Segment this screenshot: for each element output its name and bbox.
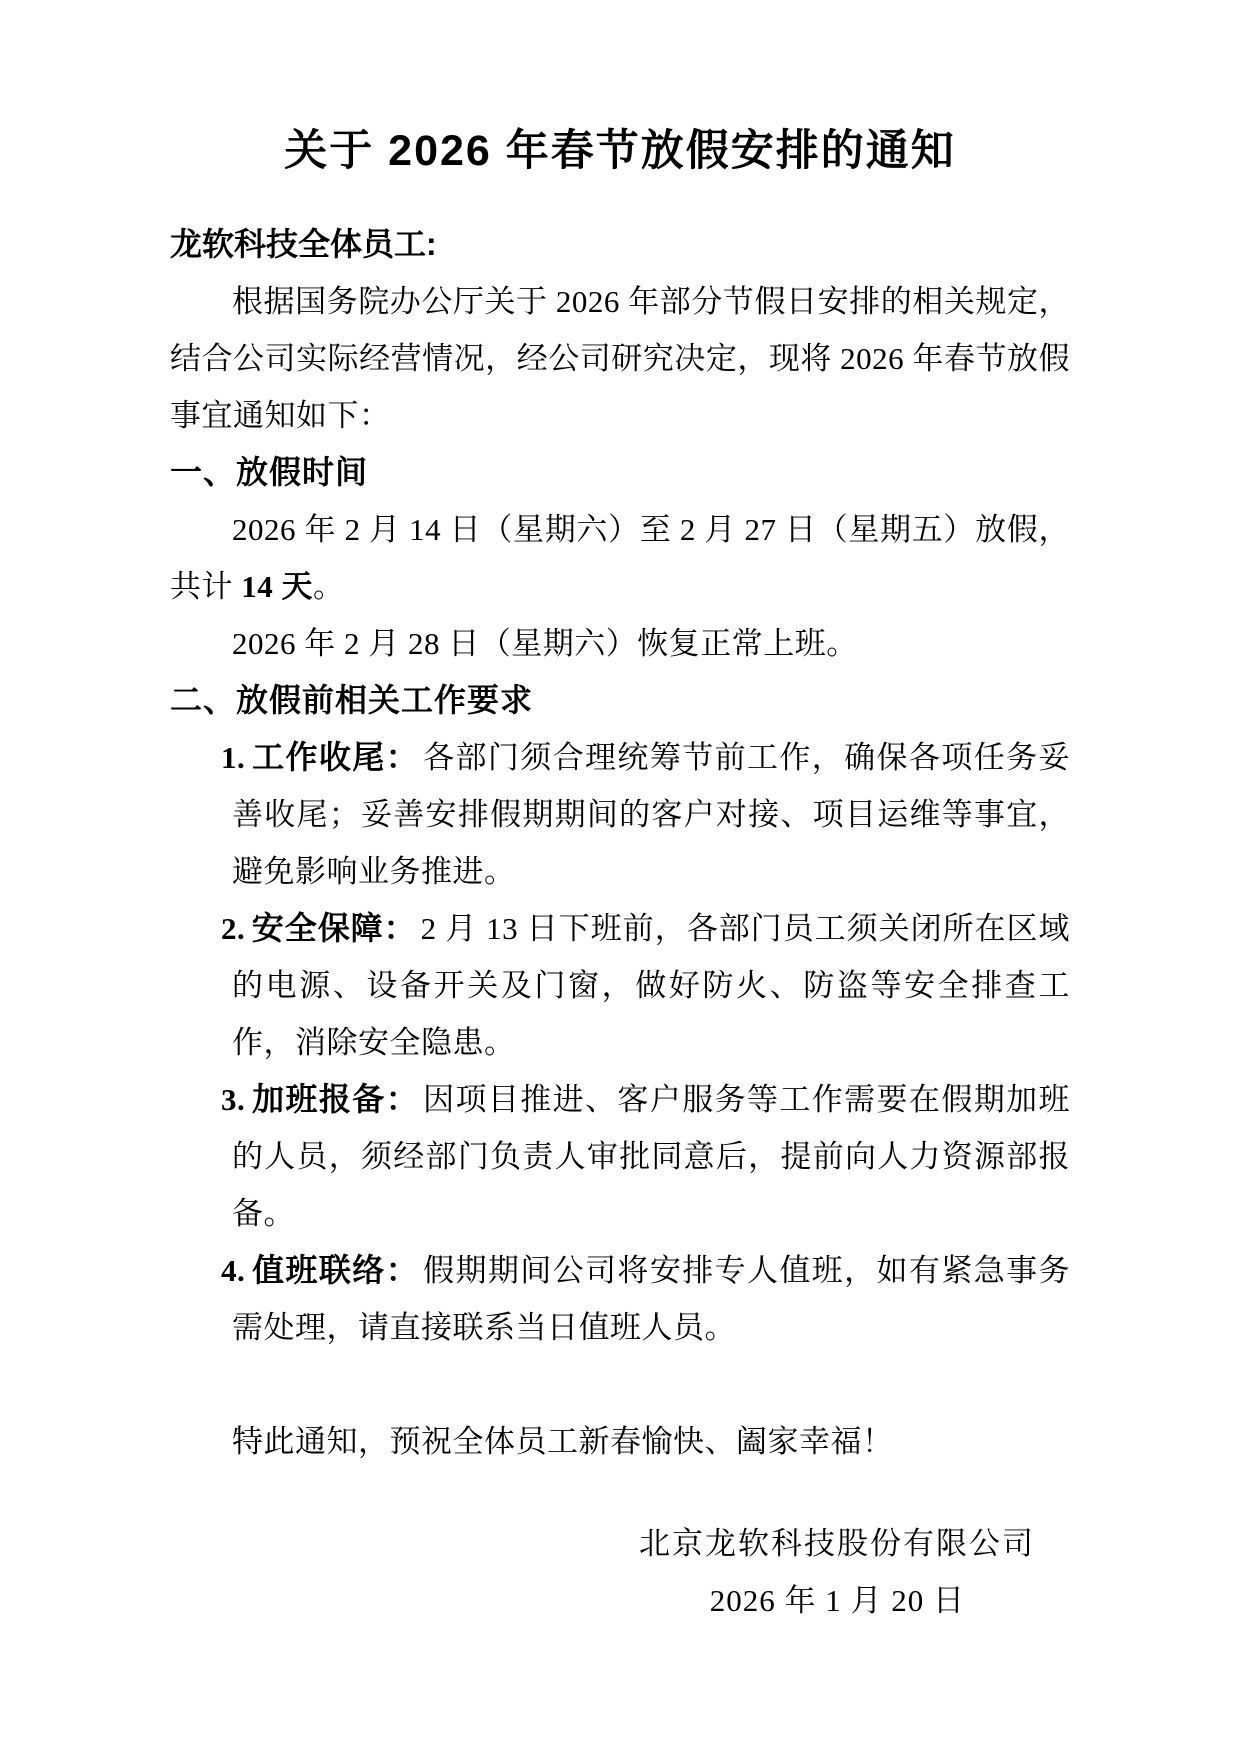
requirement-item-3: 3.加班报备：因项目推进、客户服务等工作需要在假期加班的人员，须经部门负责人审批… (170, 1071, 1070, 1242)
item-3-label: 加班报备： (251, 1081, 419, 1117)
item-4-label: 值班联络： (251, 1252, 419, 1288)
item-1-label: 工作收尾： (251, 739, 419, 775)
item-2-number: 2. (221, 911, 245, 946)
signature-company: 北京龙软科技股份有限公司 (170, 1515, 1070, 1572)
item-1-number: 1. (221, 740, 245, 775)
holiday-dates-period: 。 (313, 569, 345, 604)
holiday-days-count: 14 天 (241, 569, 313, 604)
requirement-item-2: 2.安全保障：2 月 13 日下班前，各部门员工须关闭所在区域的电源、设备开关及… (170, 900, 1070, 1071)
item-4-number: 4. (221, 1253, 245, 1288)
holiday-dates-paragraph: 2026 年 2 月 14 日（星期六）至 2 月 27 日（星期五）放假，共计… (170, 501, 1070, 615)
section-1-heading: 一、放假时间 (170, 444, 1070, 501)
requirement-item-4: 4.值班联络：假期期间公司将安排专人值班，如有紧急事务需处理，请直接联系当日值班… (170, 1242, 1070, 1356)
section-2-heading: 二、放假前相关工作要求 (170, 672, 1070, 729)
item-3-number: 3. (221, 1082, 245, 1117)
intro-paragraph: 根据国务院办公厅关于 2026 年部分节假日安排的相关规定，结合公司实际经营情况… (170, 273, 1070, 444)
signature-date: 2026 年 1 月 20 日 (170, 1572, 1070, 1629)
item-2-label: 安全保障： (251, 910, 416, 946)
salutation: 龙软科技全体员工: (170, 216, 1070, 273)
notice-document-page: 关于 2026 年春节放假安排的通知 龙软科技全体员工: 根据国务院办公厅关于 … (0, 0, 1240, 1753)
return-to-work-paragraph: 2026 年 2 月 28 日（星期六）恢复正常上班。 (170, 615, 1070, 672)
closing-wishes: 特此通知，预祝全体员工新春愉快、阖家幸福！ (170, 1413, 1070, 1470)
requirement-item-1: 1.工作收尾：各部门须合理统筹节前工作，确保各项任务妥善收尾；妥善安排假期期间的… (170, 729, 1070, 900)
document-title: 关于 2026 年春节放假安排的通知 (170, 116, 1070, 186)
